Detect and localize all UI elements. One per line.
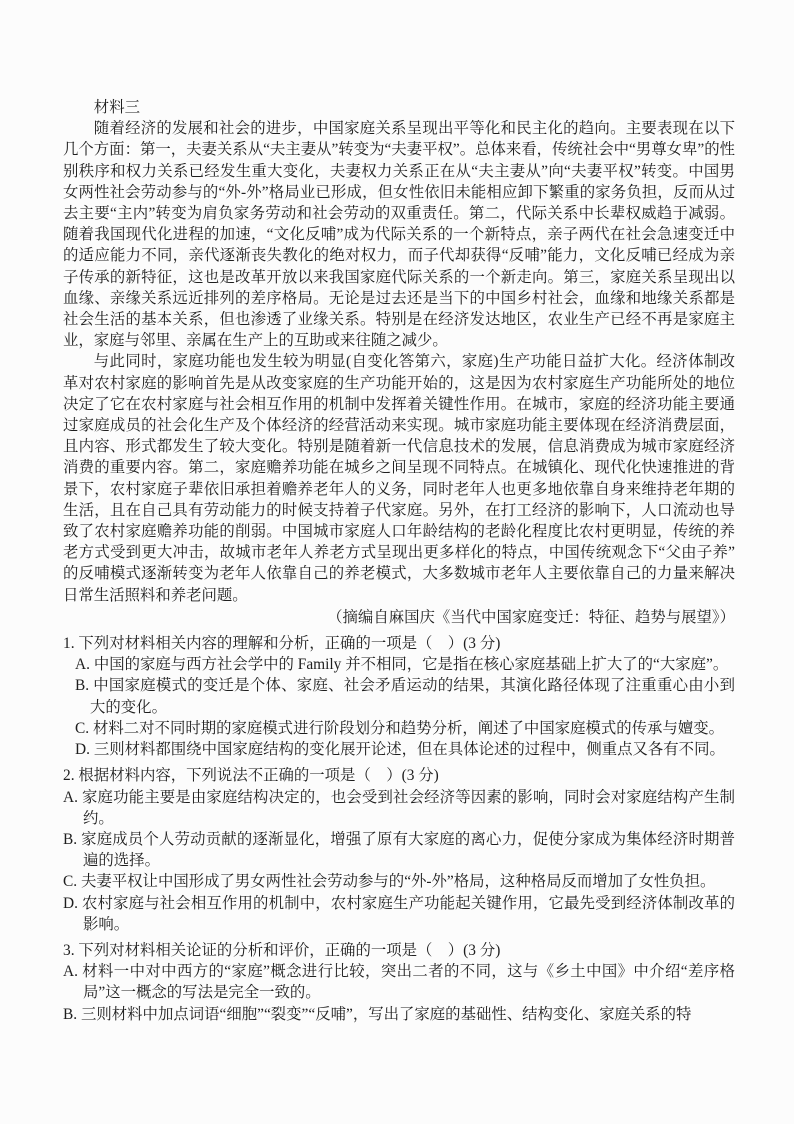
source-attribution: （摘编自麻国庆《当代中国家庭变迁：特征、趋势与展望》） xyxy=(63,607,735,628)
option-label: B. xyxy=(63,831,77,848)
question-1-option-d: D. 三则材料都围绕中国家庭结构的变化展开论述，但在具体论述的过程中，侧重点又各… xyxy=(75,739,735,760)
question-2-stem: 2. 根据材料内容，下列说法不正确的一项是（ ）(3 分) xyxy=(63,765,735,786)
question-2-number: 2. xyxy=(63,767,75,784)
question-3-option-b: B. 三则材料中加点词语“细胞”“裂变”“反哺”，写出了家庭的基础性、结构变化、… xyxy=(63,1004,735,1025)
question-3: 3. 下列对材料相关论证的分析和评价，正确的一项是（ ）(3 分) A. 材料一… xyxy=(63,940,735,1025)
option-label: C. xyxy=(63,873,77,890)
option-text: 夫妻平权让中国形成了男女两性社会劳动参与的“外-外”格局，这种格局反而增加了女性… xyxy=(81,873,715,890)
question-2-option-a: A. 家庭功能主要是由家庭结构决定的，也会受到社会经济等因素的影响，同时会对家庭… xyxy=(63,787,735,829)
question-1: 1. 下列对材料相关内容的理解和分析，正确的一项是（ ）(3 分) A. 中国的… xyxy=(63,633,735,760)
option-label: B. xyxy=(63,1006,77,1023)
option-label: A. xyxy=(75,656,90,673)
option-label: A. xyxy=(63,789,78,806)
question-2-option-c: C. 夫妻平权让中国形成了男女两性社会劳动参与的“外-外”格局，这种格局反而增加… xyxy=(63,871,735,892)
question-3-stem-text: 下列对材料相关论证的分析和评价，正确的一项是（ ）(3 分) xyxy=(78,942,500,959)
option-text: 材料一中对中西方的“家庭”概念进行比较，突出二者的不同，这与《乡土中国》中介绍“… xyxy=(82,963,735,1001)
option-label: D. xyxy=(75,741,90,758)
option-text: 材料二对不同时期的家庭模式进行阶段划分和趋势分析，阐述了中国家庭模式的传承与嬗变… xyxy=(93,720,724,737)
option-text: 家庭功能主要是由家庭结构决定的，也会受到社会经济等因素的影响，同时会对家庭结构产… xyxy=(82,789,735,827)
question-2: 2. 根据材料内容，下列说法不正确的一项是（ ）(3 分) A. 家庭功能主要是… xyxy=(63,765,735,935)
question-1-stem: 1. 下列对材料相关内容的理解和分析，正确的一项是（ ）(3 分) xyxy=(63,633,735,654)
question-3-options: A. 材料一中对中西方的“家庭”概念进行比较，突出二者的不同，这与《乡土中国》中… xyxy=(63,961,735,1025)
option-text: 农村家庭与社会相互作用的机制中，农村家庭生产功能起关键作用，它最先受到经济体制改… xyxy=(82,895,735,933)
option-label: A. xyxy=(63,963,78,980)
question-1-stem-text: 下列对材料相关内容的理解和分析，正确的一项是（ ）(3 分) xyxy=(78,635,500,652)
option-text: 三则材料中加点词语“细胞”“裂变”“反哺”，写出了家庭的基础性、结构变化、家庭关… xyxy=(81,1006,691,1023)
question-1-number: 1. xyxy=(63,635,75,652)
material-paragraph-2: 与此同时，家庭功能也发生较为明显(自变化答第六，家庭)生产功能日益扩大化。经济体… xyxy=(63,351,735,605)
question-1-option-b: B. 中国家庭模式的变迁是个体、家庭、社会矛盾运动的结果，其演化路径体现了注重重… xyxy=(75,675,735,717)
question-2-options: A. 家庭功能主要是由家庭结构决定的，也会受到社会经济等因素的影响，同时会对家庭… xyxy=(63,787,735,935)
question-1-option-c: C. 材料二对不同时期的家庭模式进行阶段划分和趋势分析，阐述了中国家庭模式的传承… xyxy=(75,718,735,739)
question-1-option-a: A. 中国的家庭与西方社会学中的 Family 并不相同，它是指在核心家庭基础上… xyxy=(75,654,735,675)
question-2-option-d: D. 农村家庭与社会相互作用的机制中，农村家庭生产功能起关键作用，它最先受到经济… xyxy=(63,893,735,935)
option-label: C. xyxy=(75,720,89,737)
question-2-option-b: B. 家庭成员个人劳动贡献的逐渐显化，增强了原有大家庭的离心力，促使分家成为集体… xyxy=(63,829,735,871)
option-text: 家庭成员个人劳动贡献的逐渐显化，增强了原有大家庭的离心力，促使分家成为集体经济时… xyxy=(81,831,735,869)
question-3-stem: 3. 下列对材料相关论证的分析和评价，正确的一项是（ ）(3 分) xyxy=(63,940,735,961)
document-page: 材料三 随着经济的发展和社会的进步，中国家庭关系呈现出平等化和民主化的趋向。主要… xyxy=(0,0,794,1124)
option-label: B. xyxy=(75,677,89,694)
option-label: D. xyxy=(63,895,78,912)
question-1-options: A. 中国的家庭与西方社会学中的 Family 并不相同，它是指在核心家庭基础上… xyxy=(63,654,735,760)
question-2-stem-text: 根据材料内容，下列说法不正确的一项是（ ）(3 分) xyxy=(78,767,438,784)
option-text: 中国的家庭与西方社会学中的 Family 并不相同，它是指在核心家庭基础上扩大了… xyxy=(94,656,728,673)
question-3-number: 3. xyxy=(63,942,75,959)
option-text: 中国家庭模式的变迁是个体、家庭、社会矛盾运动的结果，其演化路径体现了注重重心由小… xyxy=(90,677,735,715)
option-text: 三则材料都围绕中国家庭结构的变化展开论述，但在具体论述的过程中，侧重点又各有不同… xyxy=(94,741,725,758)
material-heading: 材料三 xyxy=(63,97,735,118)
material-paragraph-1: 随着经济的发展和社会的进步，中国家庭关系呈现出平等化和民主化的趋向。主要表现在以… xyxy=(63,118,735,351)
question-3-option-a: A. 材料一中对中西方的“家庭”概念进行比较，突出二者的不同，这与《乡土中国》中… xyxy=(63,961,735,1003)
